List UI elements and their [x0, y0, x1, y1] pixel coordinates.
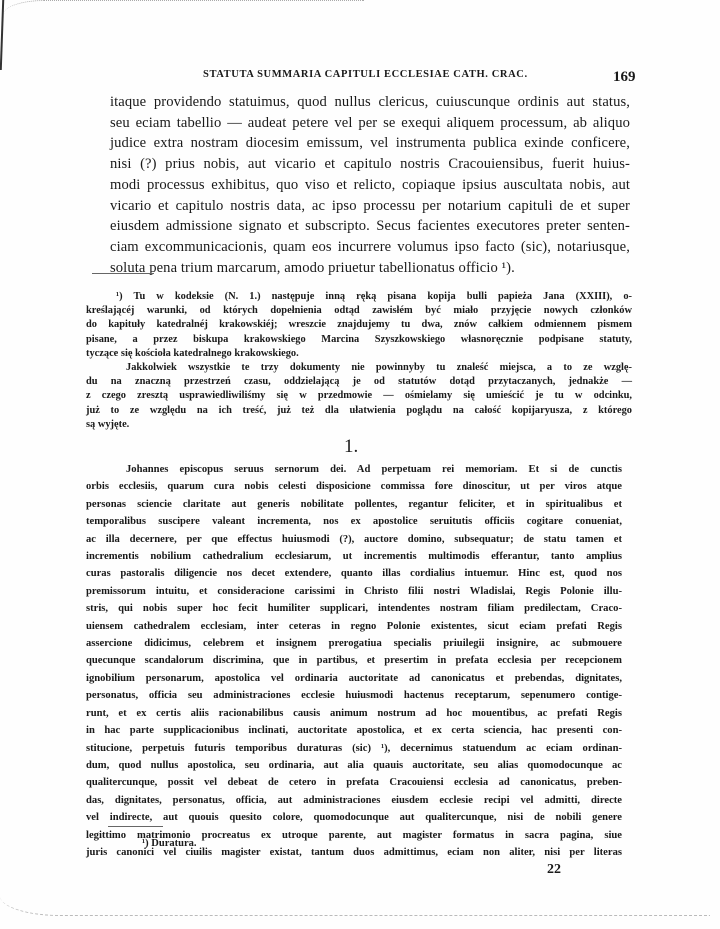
footnote-line: Jakkolwiek wszystkie te trzy dokumenty n…: [86, 361, 632, 375]
footnote-line: z czego zresztą usprawiedliwiliśmy się w…: [86, 389, 632, 403]
text-line: seu eciam tabellio — audeat petere vel p…: [110, 113, 630, 134]
bull-line: stris, qui nobis super hoc fecit humilit…: [86, 600, 622, 617]
bull-line: personatus, officia seu administraciones…: [86, 687, 622, 704]
text-line: eiusdem admissione signato et subscripto…: [110, 216, 630, 237]
text-line: soluta pena trium marcarum, amodo priuet…: [110, 258, 630, 279]
page-curl-bottom: [0, 895, 710, 916]
text-line: itaque providendo statuimus, quod nullus…: [110, 92, 630, 113]
bull-line: in hac parte supplicacionibus inclinati,…: [86, 722, 622, 739]
text-line: nisi (?) prius nobis, aut vicario et cap…: [110, 154, 630, 175]
bull-line: dum, quod nullus apostolica, seu ordinar…: [86, 757, 622, 774]
papal-bull-text: Johannes episcopus seruus sernorum dei. …: [86, 461, 622, 861]
page-number: 169: [613, 69, 636, 86]
footnote-separator: [108, 826, 163, 827]
signature-mark: 22: [547, 862, 561, 878]
bull-line: Johannes episcopus seruus sernorum dei. …: [86, 461, 622, 478]
section-number: 1.: [344, 436, 358, 458]
footnote-line: do kapituły katedralnéj krakowskiéj; wre…: [86, 318, 632, 332]
main-latin-text: itaque providendo statuimus, quod nullus…: [110, 92, 630, 278]
footnote-line: są wyjęte.: [86, 418, 632, 432]
footnote-line: pisane, a przez biskupa krakowskiego Mar…: [86, 333, 632, 347]
bull-line: personas sciencie claritate aut generis …: [86, 496, 622, 513]
bull-line: qualitercunque, possit vel debeat de cet…: [86, 774, 622, 791]
bull-line: ignobilium personarum, apostolica vel or…: [86, 670, 622, 687]
bull-line: runt, et ex certis aliis racionabilibus …: [86, 705, 622, 722]
bull-line: quecunque scandalorum discrimina, que in…: [86, 652, 622, 669]
bull-line: das, dignitates, personatus, officia, au…: [86, 792, 622, 809]
page-curl-top: [4, 0, 364, 19]
text-line: vicario et capitulo nostris data, ac ips…: [110, 196, 630, 217]
page-edge-shadow: [0, 0, 4, 70]
footnote-line: du na znaczną przestrzeń czasu, oddziela…: [86, 375, 632, 389]
text-line: ciam excommunicacionis, quam eos incurre…: [110, 237, 630, 258]
footnote-2: ¹) Duratura.: [142, 838, 196, 849]
bull-line: incrementis nobilium cathedralium eccles…: [86, 548, 622, 565]
bull-line: uiensem cathedralem ecclesiam, inter cet…: [86, 618, 622, 635]
footnote-1: ¹) Tu w kodeksie (N. 1.) następuje inną …: [86, 290, 632, 432]
bull-line: stitucione, perpetuis futuris temporibus…: [86, 740, 622, 757]
bull-line: orbis ecclesiis, quarum cura nobis celes…: [86, 478, 622, 495]
running-head: STATUTA SUMMARIA CAPITULI ECCLESIAE CATH…: [203, 69, 528, 80]
bull-line: temporalibus suscipere valeant increment…: [86, 513, 622, 530]
footnote-separator: [92, 273, 154, 274]
footnote-line: już to ze względu na ich treść, już też …: [86, 404, 632, 418]
footnote-line: tyczące się kościoła katedralnego krakow…: [86, 347, 632, 361]
text-line: modi processus exhibitus, quo viso et re…: [110, 175, 630, 196]
bull-line: assercione didicimus, celebrem et insign…: [86, 635, 622, 652]
text-line: judice extra nostram diocesim emissum, v…: [110, 133, 630, 154]
bull-line: ac illa decernere, per que effectus huiu…: [86, 531, 622, 548]
footnote-line: ¹) Tu w kodeksie (N. 1.) następuje inną …: [86, 290, 632, 304]
bull-line: premissorum intuitu, et consideracione c…: [86, 583, 622, 600]
bull-line: curas pastoralis diligencie nos decet ex…: [86, 565, 622, 582]
footnote-line: kreślającéj warunki, od których dopełnie…: [86, 304, 632, 318]
bull-line: vel indirecte, aut quouis quesito colore…: [86, 809, 622, 826]
